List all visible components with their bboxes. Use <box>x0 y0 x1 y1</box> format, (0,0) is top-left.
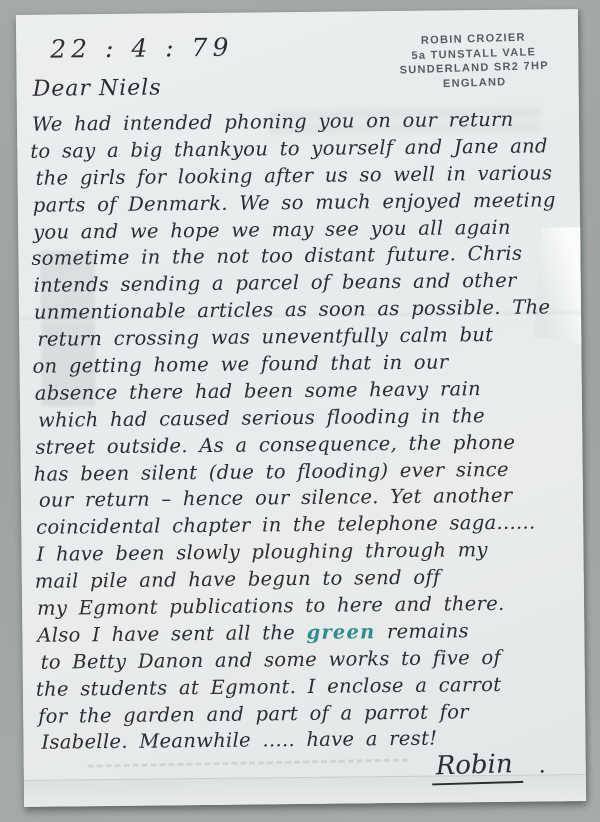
photo-background: { "photo": { "background": "#9da3a1", "p… <box>0 0 600 822</box>
green-ink-word: green <box>306 620 375 644</box>
address-stamp: ROBIN CROZIER 5a TUNSTALL VALE SUNDERLAN… <box>398 30 549 93</box>
pen-ink-text: Also I have sent all the <box>37 621 306 647</box>
letter-paper: 22 : 4 : 79 ROBIN CROZIER 5a TUNSTALL VA… <box>16 9 586 807</box>
letter-salutation: Dear Niels <box>33 75 162 101</box>
signature-period: . <box>539 753 546 778</box>
letter-line: my Egmont publications to here and there… <box>37 590 581 623</box>
letter-date: 22 : 4 : 79 <box>50 33 233 64</box>
show-through-dashes <box>88 759 408 768</box>
letter-line: the students at Egmont. I enclose a carr… <box>36 671 582 704</box>
signature-row: Robin. <box>432 749 546 784</box>
signature: Robin <box>431 749 523 786</box>
pen-ink-text: remains <box>375 619 469 643</box>
letter-body: We had intended phoning you on our retur… <box>32 106 583 757</box>
